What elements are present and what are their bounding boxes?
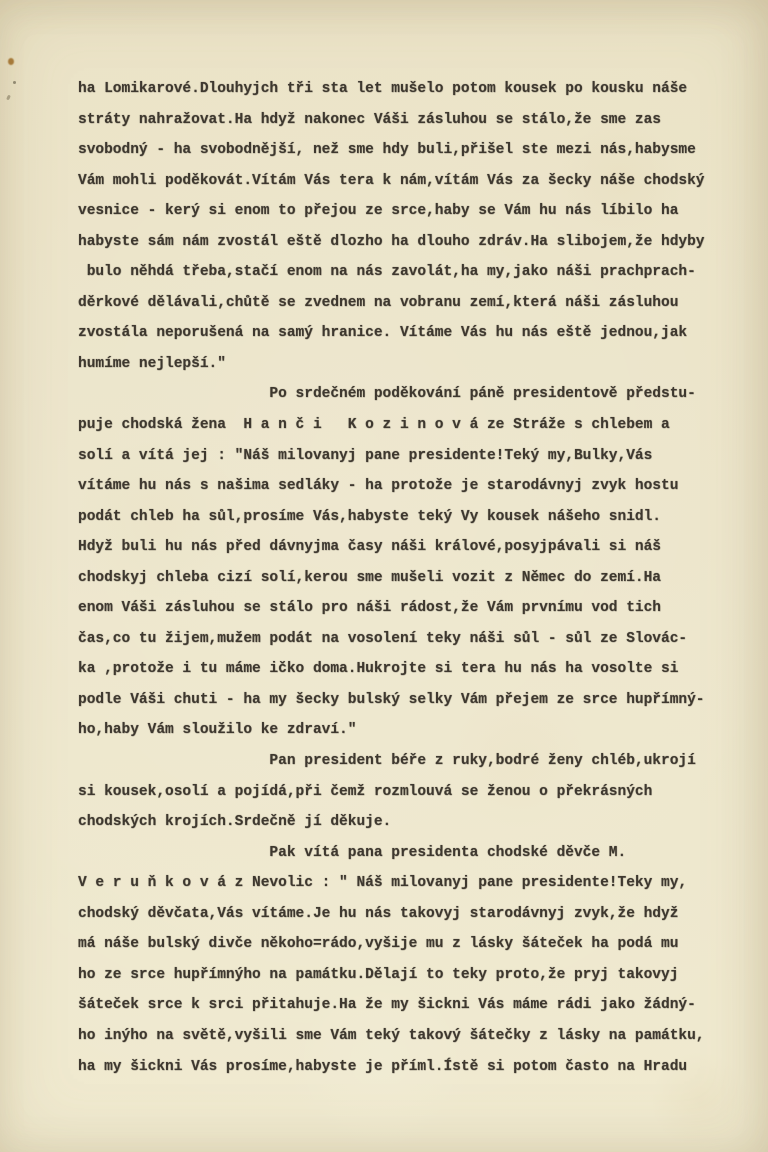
text-line: si kousek,osolí a pojídá,při čemž rozmlo…: [78, 777, 738, 808]
paper-speck: [8, 58, 14, 65]
text-line: podát chleb ha sůl,prosíme Vás,habyste t…: [78, 502, 738, 533]
text-line: vesnice - kerý si enom to přejou ze srce…: [78, 196, 738, 227]
text-line: podle Váši chuti - ha my šecky bulský se…: [78, 685, 738, 716]
text-line: vítáme hu nás s našima sedláky - ha prot…: [78, 471, 738, 502]
text-line: humíme nejlepší.": [78, 349, 738, 380]
text-line: čas,co tu žijem,mužem podát na vosolení …: [78, 624, 738, 655]
text-line: Pak vítá pana presidenta chodské děvče M…: [78, 838, 738, 869]
text-line: chodských krojích.Srdečně jí děkuje.: [78, 807, 738, 838]
paper-speck: [13, 81, 16, 84]
scanned-document-page: { "document": { "paper_color": "#ece5ca"…: [0, 0, 768, 1152]
text-line: solí a vítá jej : "Náš milovanyj pane pr…: [78, 441, 738, 472]
text-line: svobodný - ha svobodnější, než sme hdy b…: [78, 135, 738, 166]
text-line: Vám mohli poděkovát.Vítám Vás tera k nám…: [78, 166, 738, 197]
text-line: děrkové dělávali,chůtě se zvednem na vob…: [78, 288, 738, 319]
text-line: Pan president béře z ruky,bodré ženy chl…: [78, 746, 738, 777]
text-line: ha Lomikarové.Dlouhyjch tři sta let muše…: [78, 74, 738, 105]
text-line: ho,haby Vám sloužilo ke zdraví.": [78, 715, 738, 746]
text-line: V e r u ň k o v á z Nevolic : " Náš milo…: [78, 868, 738, 899]
text-line: šáteček srce k srci přitahuje.Ha že my š…: [78, 990, 738, 1021]
text-line: puje chodská žena H a n č i K o z i n o …: [78, 410, 738, 441]
text-line: stráty nahražovat.Ha hdyž nakonec Váši z…: [78, 105, 738, 136]
paper-speck: [6, 95, 11, 101]
typewritten-text: ha Lomikarové.Dlouhyjch tři sta let muše…: [78, 74, 738, 1082]
text-line: ho ze srce hupřímnýho na památku.Dělají …: [78, 960, 738, 991]
text-line: chodský děvčata,Vás vítáme.Je hu nás tak…: [78, 899, 738, 930]
text-line: Hdyž buli hu nás před dávnyjma časy náši…: [78, 532, 738, 563]
text-line: habyste sám nám zvostál eště dlozho ha d…: [78, 227, 738, 258]
text-line: enom Váši zásluhou se stálo pro náši rád…: [78, 593, 738, 624]
text-line: ho inýho na světě,vyšili sme Vám teký ta…: [78, 1021, 738, 1052]
text-line: zvostála neporušená na samý hranice. Vít…: [78, 318, 738, 349]
text-line: bulo něhdá třeba,stačí enom na nás zavol…: [78, 257, 738, 288]
text-line: chodskyj chleba cizí solí,kerou sme muše…: [78, 563, 738, 594]
text-line: ka ,protože i tu máme ičko doma.Hukrojte…: [78, 654, 738, 685]
text-line: má náše bulský divče někoho=rádo,vyšije …: [78, 929, 738, 960]
text-line: ha my šickni Vás prosíme,habyste je přím…: [78, 1052, 738, 1083]
text-line: Po srdečném poděkování páně presidentově…: [78, 379, 738, 410]
